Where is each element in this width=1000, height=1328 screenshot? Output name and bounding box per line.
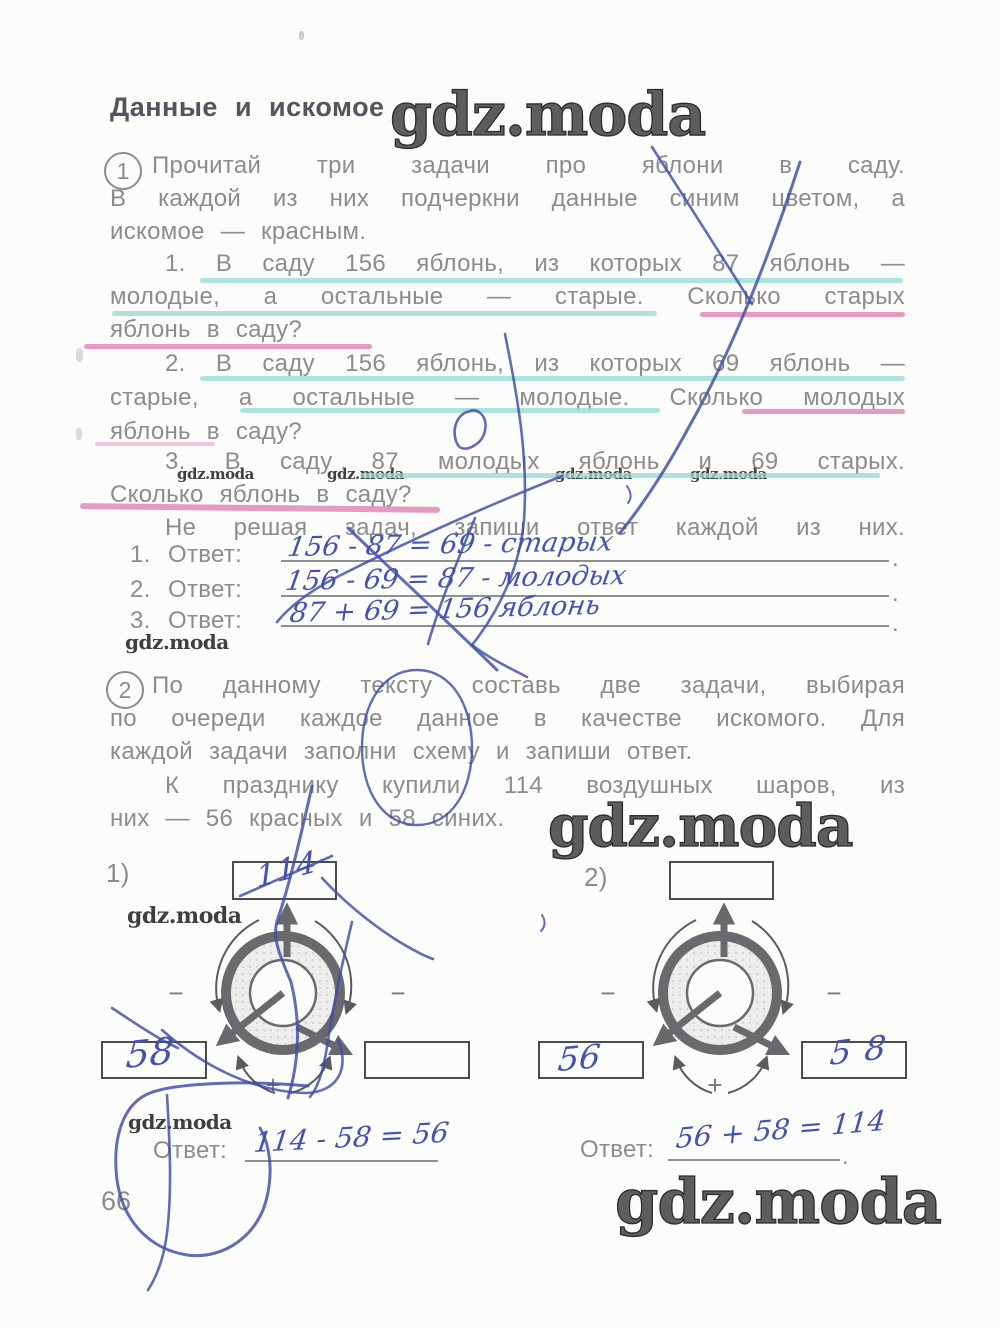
- data-underline: [360, 473, 880, 478]
- line-period: .: [892, 610, 899, 638]
- minus-sign: −: [160, 978, 192, 1009]
- task1-text-line: В каждой из них подчеркни данные синим ц…: [110, 185, 905, 213]
- task2-number-badge: 2: [106, 671, 144, 709]
- answer-label: 3.: [130, 607, 151, 635]
- page-number: 66: [101, 1186, 131, 1217]
- line-period: .: [892, 545, 899, 573]
- page-title: Данные и искомое: [110, 92, 385, 123]
- answer-prefix: Ответ:: [168, 576, 242, 604]
- task2-text-line: По данному тексту составь две задачи, вы…: [152, 672, 905, 700]
- answer-prefix: Ответ:: [168, 541, 242, 569]
- sought-underline: [95, 442, 215, 446]
- plus-sign: +: [258, 1070, 288, 1101]
- minus-sign: −: [818, 978, 850, 1009]
- part-whole-schemes: [60, 835, 940, 1115]
- watermark-top: gdz.moda: [390, 80, 705, 150]
- answer-prefix: Ответ:: [153, 1137, 227, 1165]
- handwritten-answer: 156 - 87 = 69 - старых: [286, 526, 616, 563]
- minus-sign: −: [382, 978, 414, 1009]
- scheme1-left-part-value: 58: [124, 1029, 175, 1077]
- task1-text-line: 3. В саду 87 молодых яблонь и 69 старых.: [165, 448, 905, 476]
- data-underline: [240, 408, 660, 413]
- watermark-bottom: gdz.moda: [615, 1165, 941, 1238]
- answer-prefix: Ответ:: [168, 607, 242, 635]
- minus-sign: −: [592, 978, 624, 1009]
- sought-underline: [742, 409, 905, 414]
- line-period: .: [892, 580, 899, 608]
- task2-text-line: К празднику купили 114 воздушных шаров, …: [165, 772, 905, 800]
- sought-underline: [700, 312, 905, 317]
- task1-text-line: яблонь в саду?: [110, 316, 302, 344]
- task1-text-line: искомое — красным.: [110, 218, 366, 246]
- task1-text-line: 2. В саду 156 яблонь, из которых 69 ябло…: [165, 350, 905, 378]
- answer-label: 2.: [130, 576, 151, 604]
- answer-label: 1.: [130, 541, 151, 569]
- scheme2-left-part-value: 56: [556, 1036, 602, 1079]
- workbook-page: gdz.moda gdz.moda gdz.moda gdz.moda gdz.…: [0, 0, 1000, 1328]
- task2-text-line: по очереди каждое данное в качестве иско…: [110, 705, 905, 733]
- task1-text-line: Прочитай три задачи про яблони в саду.: [152, 152, 905, 180]
- data-underline: [200, 278, 903, 283]
- task1-text-line: молодые, а остальные — старые. Сколько с…: [110, 283, 905, 311]
- task1-text-line: 1. В саду 156 яблонь, из которых 87 ябло…: [165, 250, 905, 278]
- data-underline: [200, 376, 905, 381]
- task2-text-line: каждой задачи заполни схему и запиши отв…: [110, 738, 693, 766]
- task2-text-line: них — 56 красных и 58 синих.: [110, 805, 504, 833]
- answer-prefix: Ответ:: [580, 1136, 654, 1164]
- line-period: .: [842, 1143, 849, 1171]
- data-underline: [112, 311, 657, 316]
- plus-sign: +: [700, 1070, 730, 1101]
- sought-underline: [84, 344, 372, 349]
